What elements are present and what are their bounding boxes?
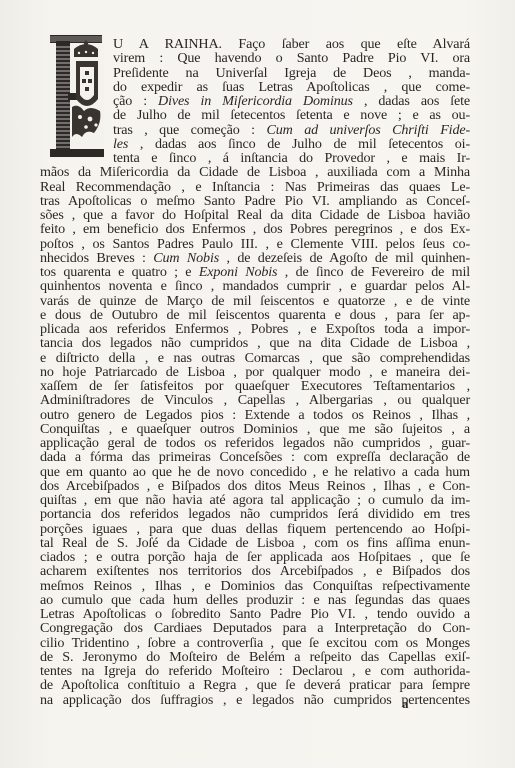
document-page: U A RAINHA. Faço ſaber aos que eſte Alva… — [0, 0, 515, 768]
catchword: a — [402, 696, 409, 712]
royal-arms-initial-icon — [48, 33, 104, 159]
decorated-initial-e — [48, 33, 104, 159]
